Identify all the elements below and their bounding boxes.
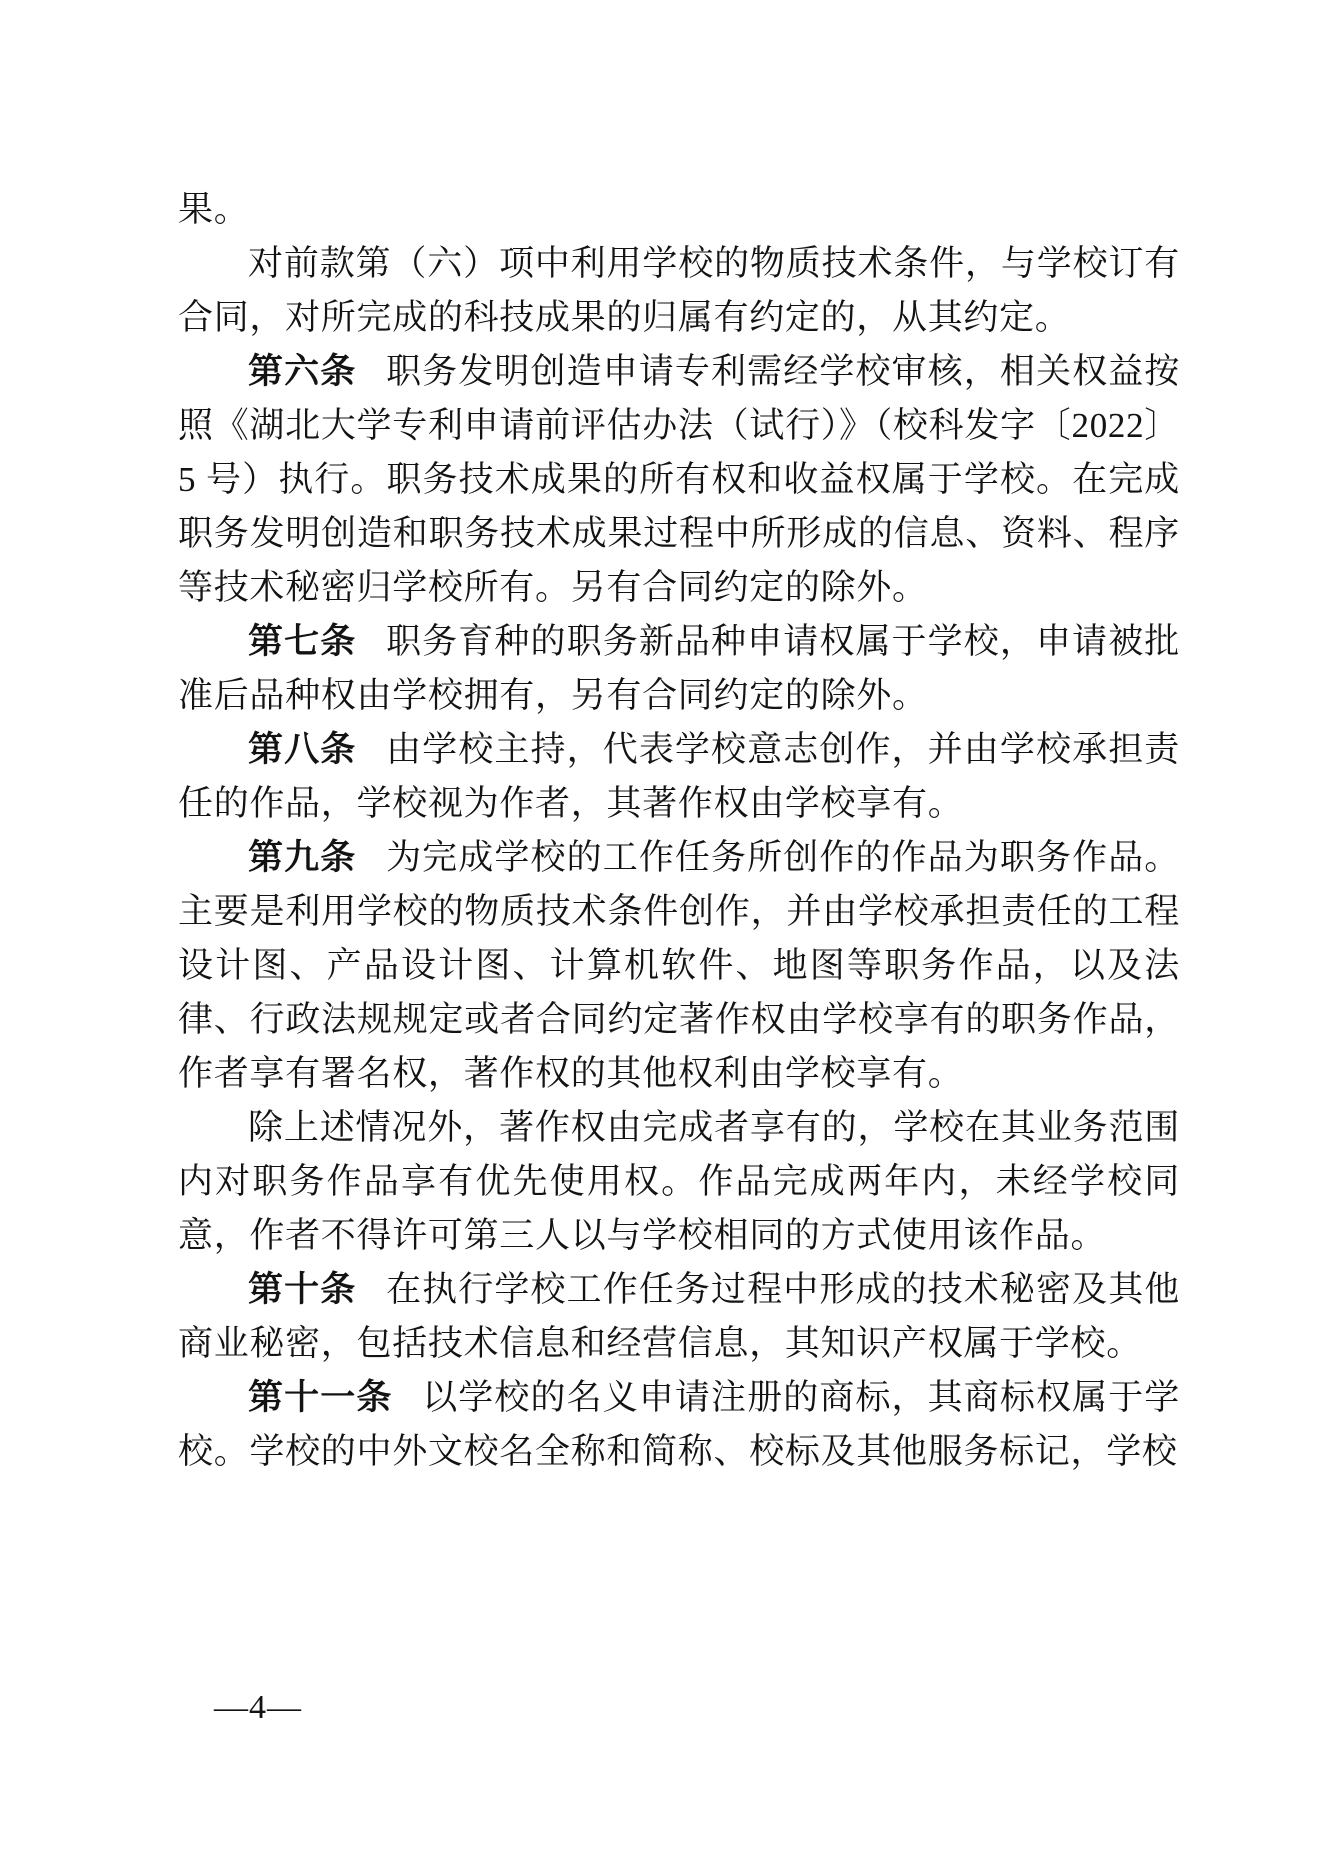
article-label: 第七条 [248, 622, 356, 661]
page-number: —4— [214, 1686, 302, 1730]
document-body-text: 果。 对前款第（六）项中利用学校的物质技术条件，与学校订有合同，对所完成的科技成… [178, 183, 1180, 1479]
paragraph: 对前款第（六）项中利用学校的物质技术条件，与学校订有合同，对所完成的科技成果的归… [178, 237, 1180, 345]
article-label: 第八条 [248, 730, 356, 769]
article-paragraph: 第十一条以学校的名义申请注册的商标，其商标权属于学校。学校的中外文校名全称和简称… [178, 1371, 1180, 1479]
paragraph-continuation: 果。 [178, 183, 1180, 237]
document-page: 果。 对前款第（六）项中利用学校的物质技术条件，与学校订有合同，对所完成的科技成… [0, 0, 1323, 1871]
article-paragraph: 第十条在执行学校工作任务过程中形成的技术秘密及其他商业秘密，包括技术信息和经营信… [178, 1263, 1180, 1371]
article-label: 第十条 [248, 1270, 356, 1309]
article-label: 第十一条 [248, 1378, 392, 1417]
article-paragraph: 第八条由学校主持，代表学校意志创作，并由学校承担责任的作品，学校视为作者，其著作… [178, 723, 1180, 831]
article-label: 第六条 [248, 352, 356, 391]
article-paragraph: 第九条为完成学校的工作任务所创作的作品为职务作品。主要是利用学校的物质技术条件创… [178, 831, 1180, 1101]
article-paragraph: 第六条职务发明创造申请专利需经学校审核，相关权益按照《湖北大学专利申请前评估办法… [178, 345, 1180, 615]
paragraph: 除上述情况外，著作权由完成者享有的，学校在其业务范围内对职务作品享有优先使用权。… [178, 1101, 1180, 1263]
article-paragraph: 第七条职务育种的职务新品种申请权属于学校，申请被批准后品种权由学校拥有，另有合同… [178, 615, 1180, 723]
article-label: 第九条 [248, 838, 356, 877]
